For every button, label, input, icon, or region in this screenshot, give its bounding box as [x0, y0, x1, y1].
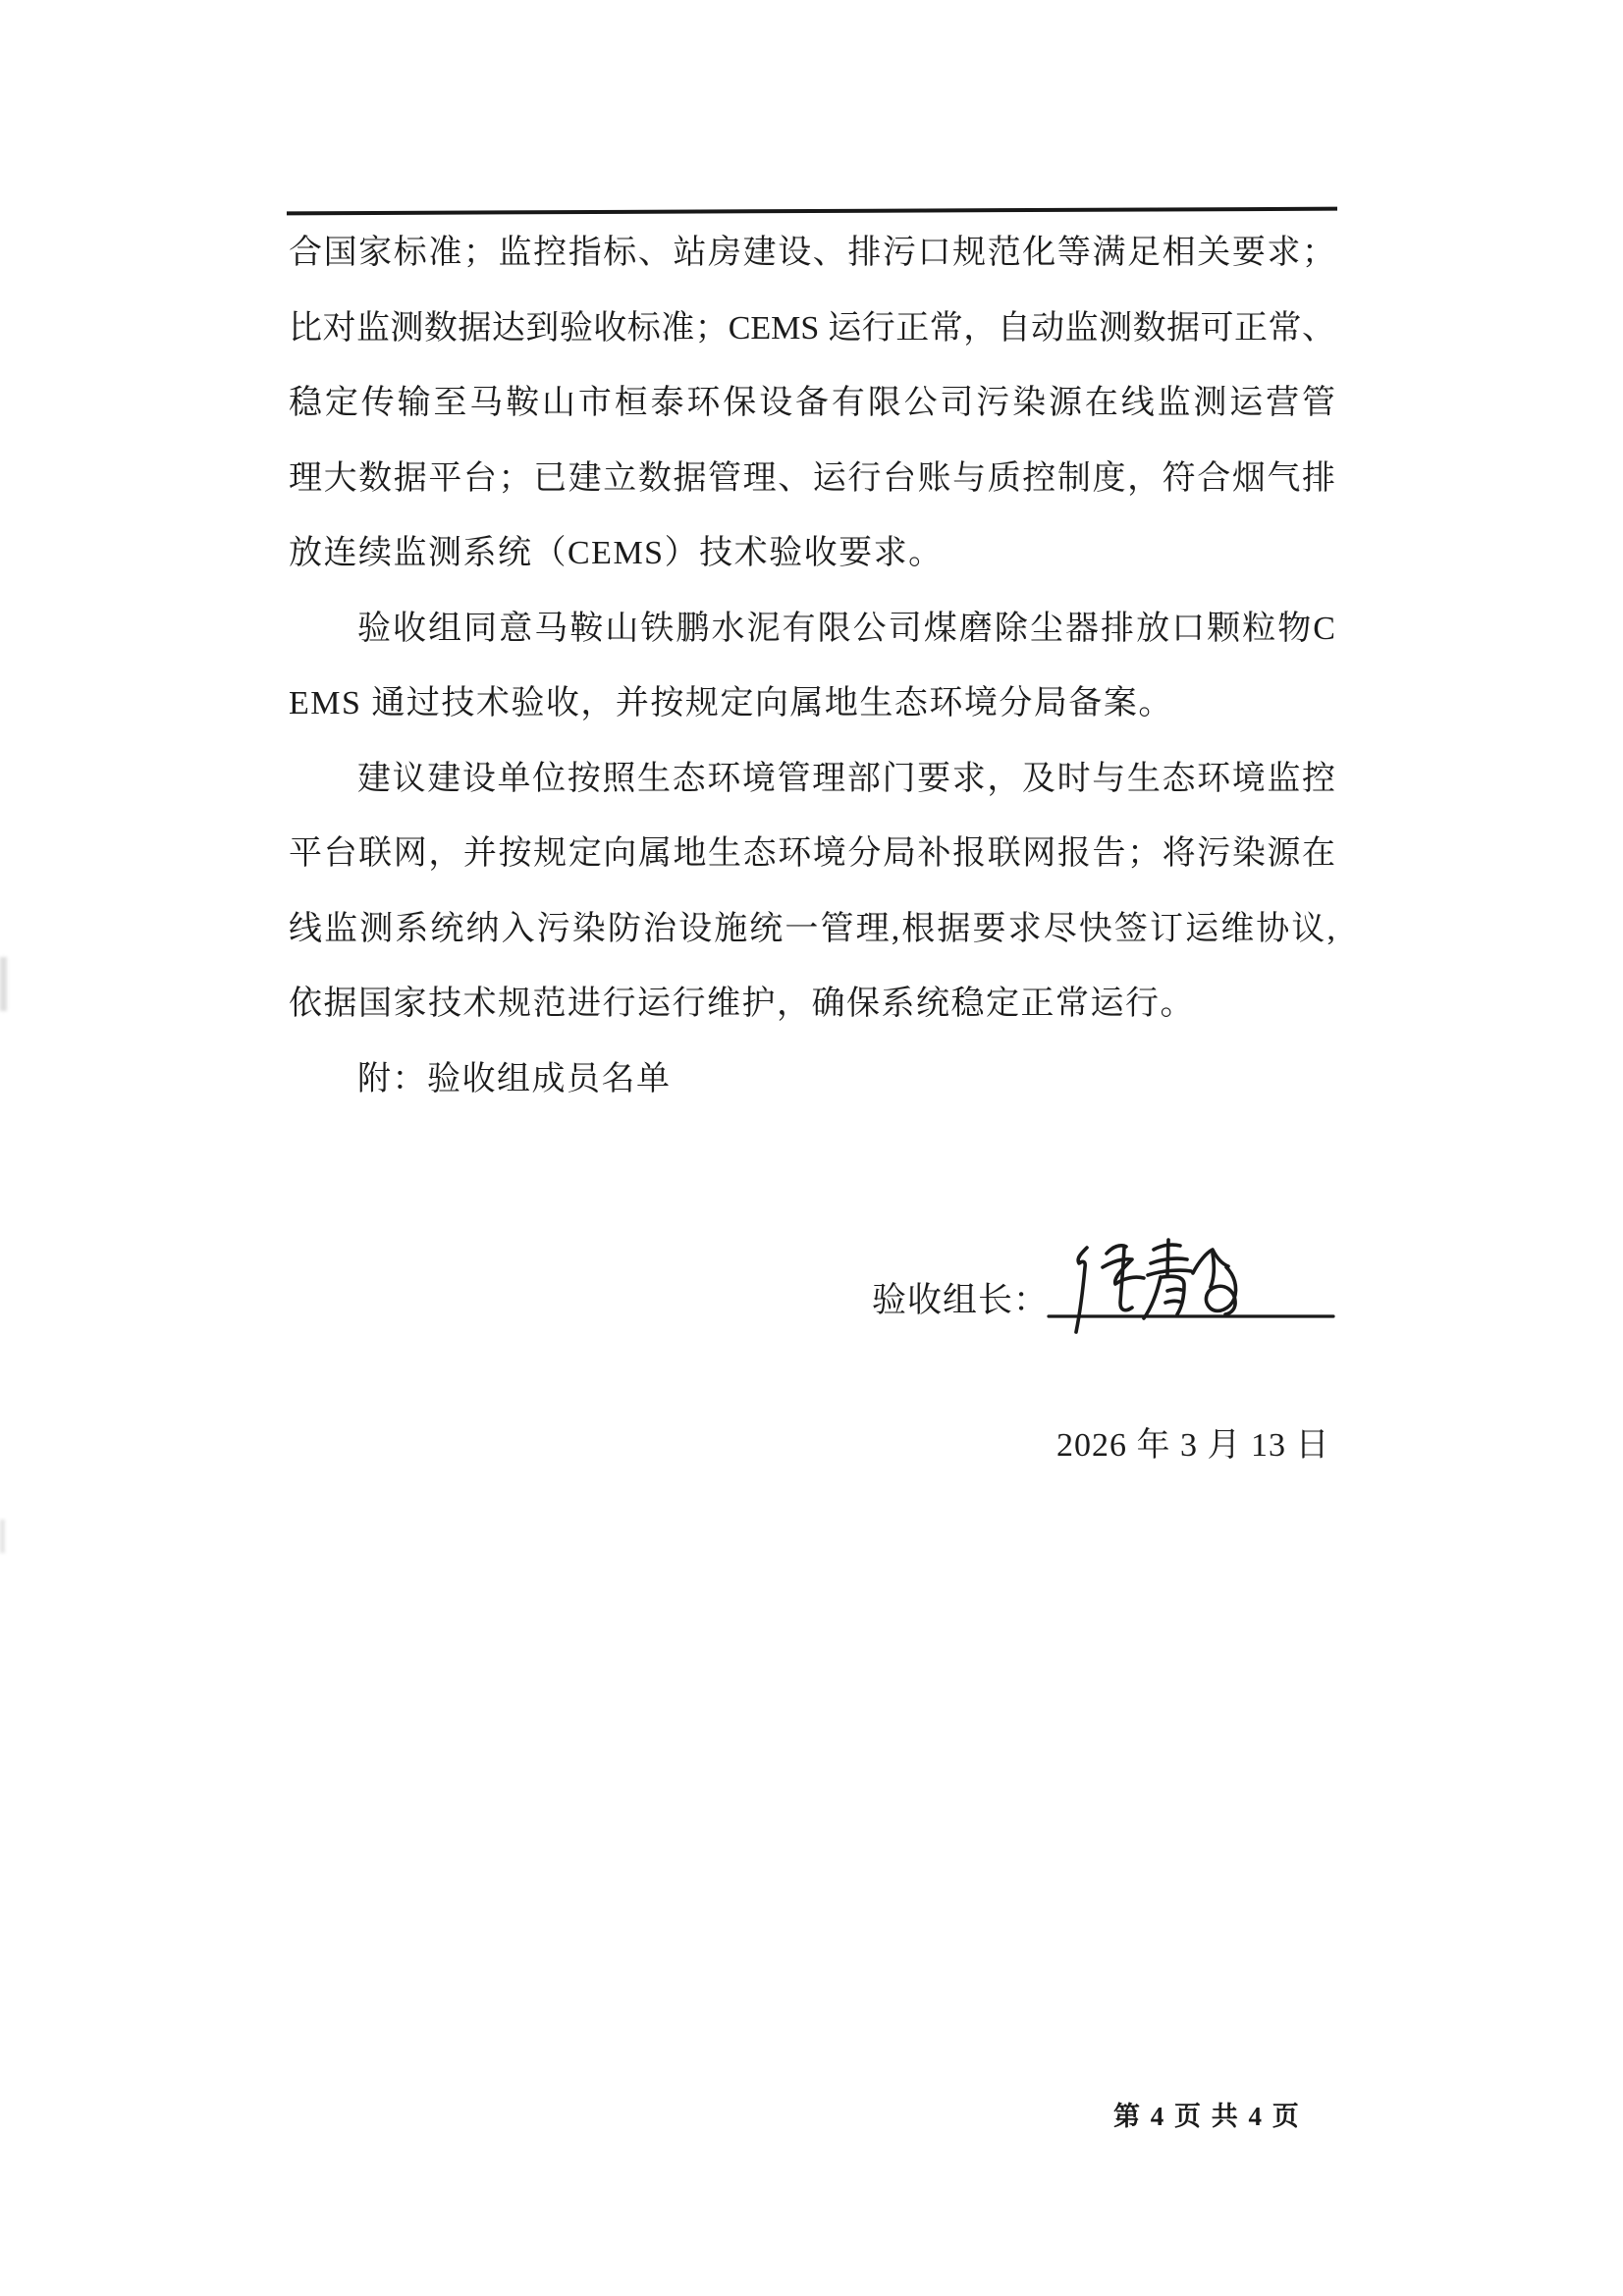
doc-line-8: 建议建设单位按照生态环境管理部门要求，及时与生态环境监控 — [289, 742, 1335, 818]
doc-line-6: 验收组同意马鞍山铁鹏水泥有限公司煤磨除尘器排放口颗粒物C — [289, 592, 1335, 667]
doc-line-7: EMS 通过技术验收，并按规定向属地生态环境分局备案。 — [289, 667, 1335, 742]
doc-line-4: 理大数据平台；已建立数据管理、运行台账与质控制度，符合烟气排 — [289, 442, 1335, 517]
handwritten-signature — [1044, 1210, 1348, 1343]
doc-line-1: 合国家标准；监控指标、站房建设、排污口规范化等满足相关要求； — [289, 216, 1335, 292]
signature-area — [1044, 1210, 1348, 1343]
document-body: 合国家标准；监控指标、站房建设、排污口规范化等满足相关要求； 比对监测数据达到验… — [289, 216, 1335, 1117]
doc-line-3: 稳定传输至马鞍山市桓泰环保设备有限公司污染源在线监测运营管 — [289, 366, 1335, 442]
document-date: 2026 年 3 月 13 日 — [1056, 1417, 1330, 1466]
doc-line-2: 比对监测数据达到验收标准；CEMS 运行正常，自动监测数据可正常、 — [289, 292, 1335, 367]
doc-line-10: 线监测系统纳入污染防治设施统一管理,根据要求尽快签订运维协议, — [289, 892, 1335, 968]
doc-line-5: 放连续监测系统（CEMS）技术验收要求。 — [289, 516, 1335, 592]
doc-line-11: 依据国家技术规范进行运行维护，确保系统稳定正常运行。 — [289, 967, 1335, 1042]
scan-smudge — [0, 957, 7, 1011]
scanned-document-page: 合国家标准；监控指标、站房建设、排污口规范化等满足相关要求； 比对监测数据达到验… — [0, 0, 1623, 2296]
signature-label: 验收组长： — [872, 1273, 1049, 1322]
page-number-footer: 第 4 页 共 4 页 — [1113, 2095, 1301, 2133]
doc-line-9: 平台联网，并按规定向属地生态环境分局补报联网报告；将污染源在 — [289, 817, 1335, 892]
doc-line-12: 附：验收组成员名单 — [289, 1042, 1335, 1118]
scan-smudge — [0, 1520, 5, 1553]
header-divider-line — [287, 207, 1337, 216]
